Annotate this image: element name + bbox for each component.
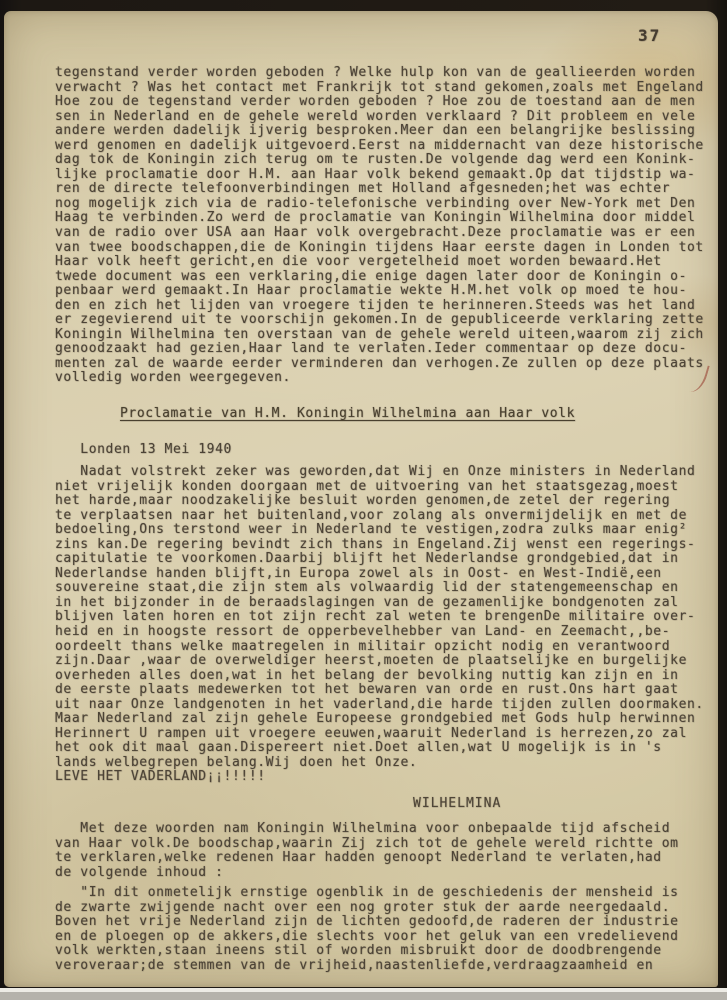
paragraph-farewell: Met deze woorden nam Koningin Wilhelmina… (55, 822, 679, 880)
proclamation-heading: Proclamatie van H.M. Koningin Wilhelmina… (120, 407, 575, 422)
scanned-document-view: 37 tegenstand verder worden geboden ? We… (0, 0, 727, 1000)
page-number: 37 (638, 29, 661, 44)
scan-bottom-strip (0, 992, 727, 1000)
dateline: Londen 13 Mei 1940 (55, 443, 232, 458)
paragraph-radio-speech: "In dit onmetelijk ernstige ogenblik in … (55, 886, 679, 973)
paragraph-intro: tegenstand verder worden geboden ? Welke… (55, 66, 704, 386)
signature-wilhelmina: WILHELMINA (413, 797, 501, 812)
proclamation-text: Nadat volstrekt zeker was geworden,dat W… (55, 465, 704, 785)
